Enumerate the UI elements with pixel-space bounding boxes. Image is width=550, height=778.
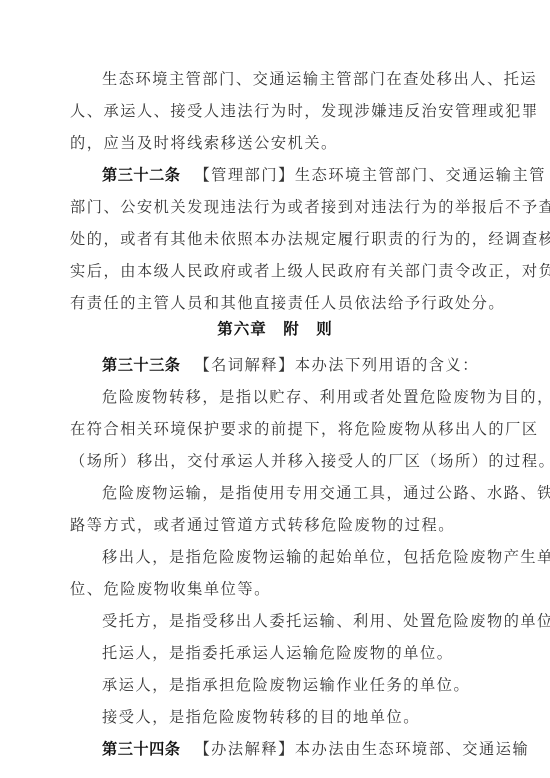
text-line: 部门、公安机关发现违法行为或者接到对违法行为的举报后不予查	[70, 197, 482, 217]
article-text: 本办法由生态环境部、交通运输	[295, 740, 529, 758]
text-line: 路等方式，或者通过管道方式转移危险废物的过程。	[70, 515, 482, 535]
text-line: 接受人，是指危险废物转移的目的地单位。	[102, 707, 514, 727]
text-line: 承运人，是指承担危险废物运输作业任务的单位。	[102, 675, 514, 695]
article-number: 第三十二条	[102, 166, 180, 184]
article-number: 第三十四条	[102, 740, 180, 758]
text-line: 有责任的主管人员和其他直接责任人员依法给予行政处分。	[70, 293, 482, 313]
text-line: 托运人，是指委托承运人运输危险废物的单位。	[102, 643, 514, 663]
text-line: 移出人，是指危险废物运输的起始单位，包括危险废物产生单	[102, 547, 514, 567]
text-line: 的，应当及时将线索移送公安机关。	[70, 133, 482, 153]
article-32-first-line: 第三十二条【管理部门】生态环境主管部门、交通运输主管	[102, 165, 514, 185]
text-line: 生态环境主管部门、交通运输主管部门在查处移出人、托运	[102, 69, 514, 89]
text-line: 危险废物转移，是指以贮存、利用或者处置危险废物为目的，	[102, 387, 514, 407]
article-title: 【办法解释】	[194, 740, 294, 758]
text-line: （场所）移出，交付承运人并移入接受人的厂区（场所）的过程。	[70, 451, 482, 471]
text-line: 实后，由本级人民政府或者上级人民政府有关部门责令改正，对负	[70, 261, 482, 281]
article-text: 生态环境主管部门、交通运输主管	[295, 166, 546, 184]
text-line: 危险废物运输，是指使用专用交通工具，通过公路、水路、铁	[102, 483, 514, 503]
article-number: 第三十三条	[102, 356, 180, 374]
text-line: 人、承运人、接受人违法行为时，发现涉嫌违反治安管理或犯罪	[70, 101, 482, 121]
text-line: 在符合相关环境保护要求的前提下，将危险废物从移出人的厂区	[70, 419, 482, 439]
article-33-first-line: 第三十三条【名词解释】本办法下列用语的含义：	[102, 355, 514, 375]
text-line: 受托方，是指受移出人委托运输、利用、处置危险废物的单位。	[102, 611, 514, 631]
text-line: 位、危险废物收集单位等。	[70, 579, 482, 599]
article-title: 【名词解释】	[194, 356, 294, 374]
document-page: 生态环境主管部门、交通运输主管部门在查处移出人、托运 人、承运人、接受人违法行为…	[0, 0, 550, 778]
chapter-heading: 第六章 附 则	[0, 317, 550, 339]
article-title: 【管理部门】	[194, 166, 294, 184]
article-text: 本办法下列用语的含义：	[295, 356, 479, 374]
text-line: 处的，或者有其他未依照本办法规定履行职责的行为的，经调查核	[70, 229, 482, 249]
article-34-first-line: 第三十四条【办法解释】本办法由生态环境部、交通运输	[102, 739, 514, 759]
